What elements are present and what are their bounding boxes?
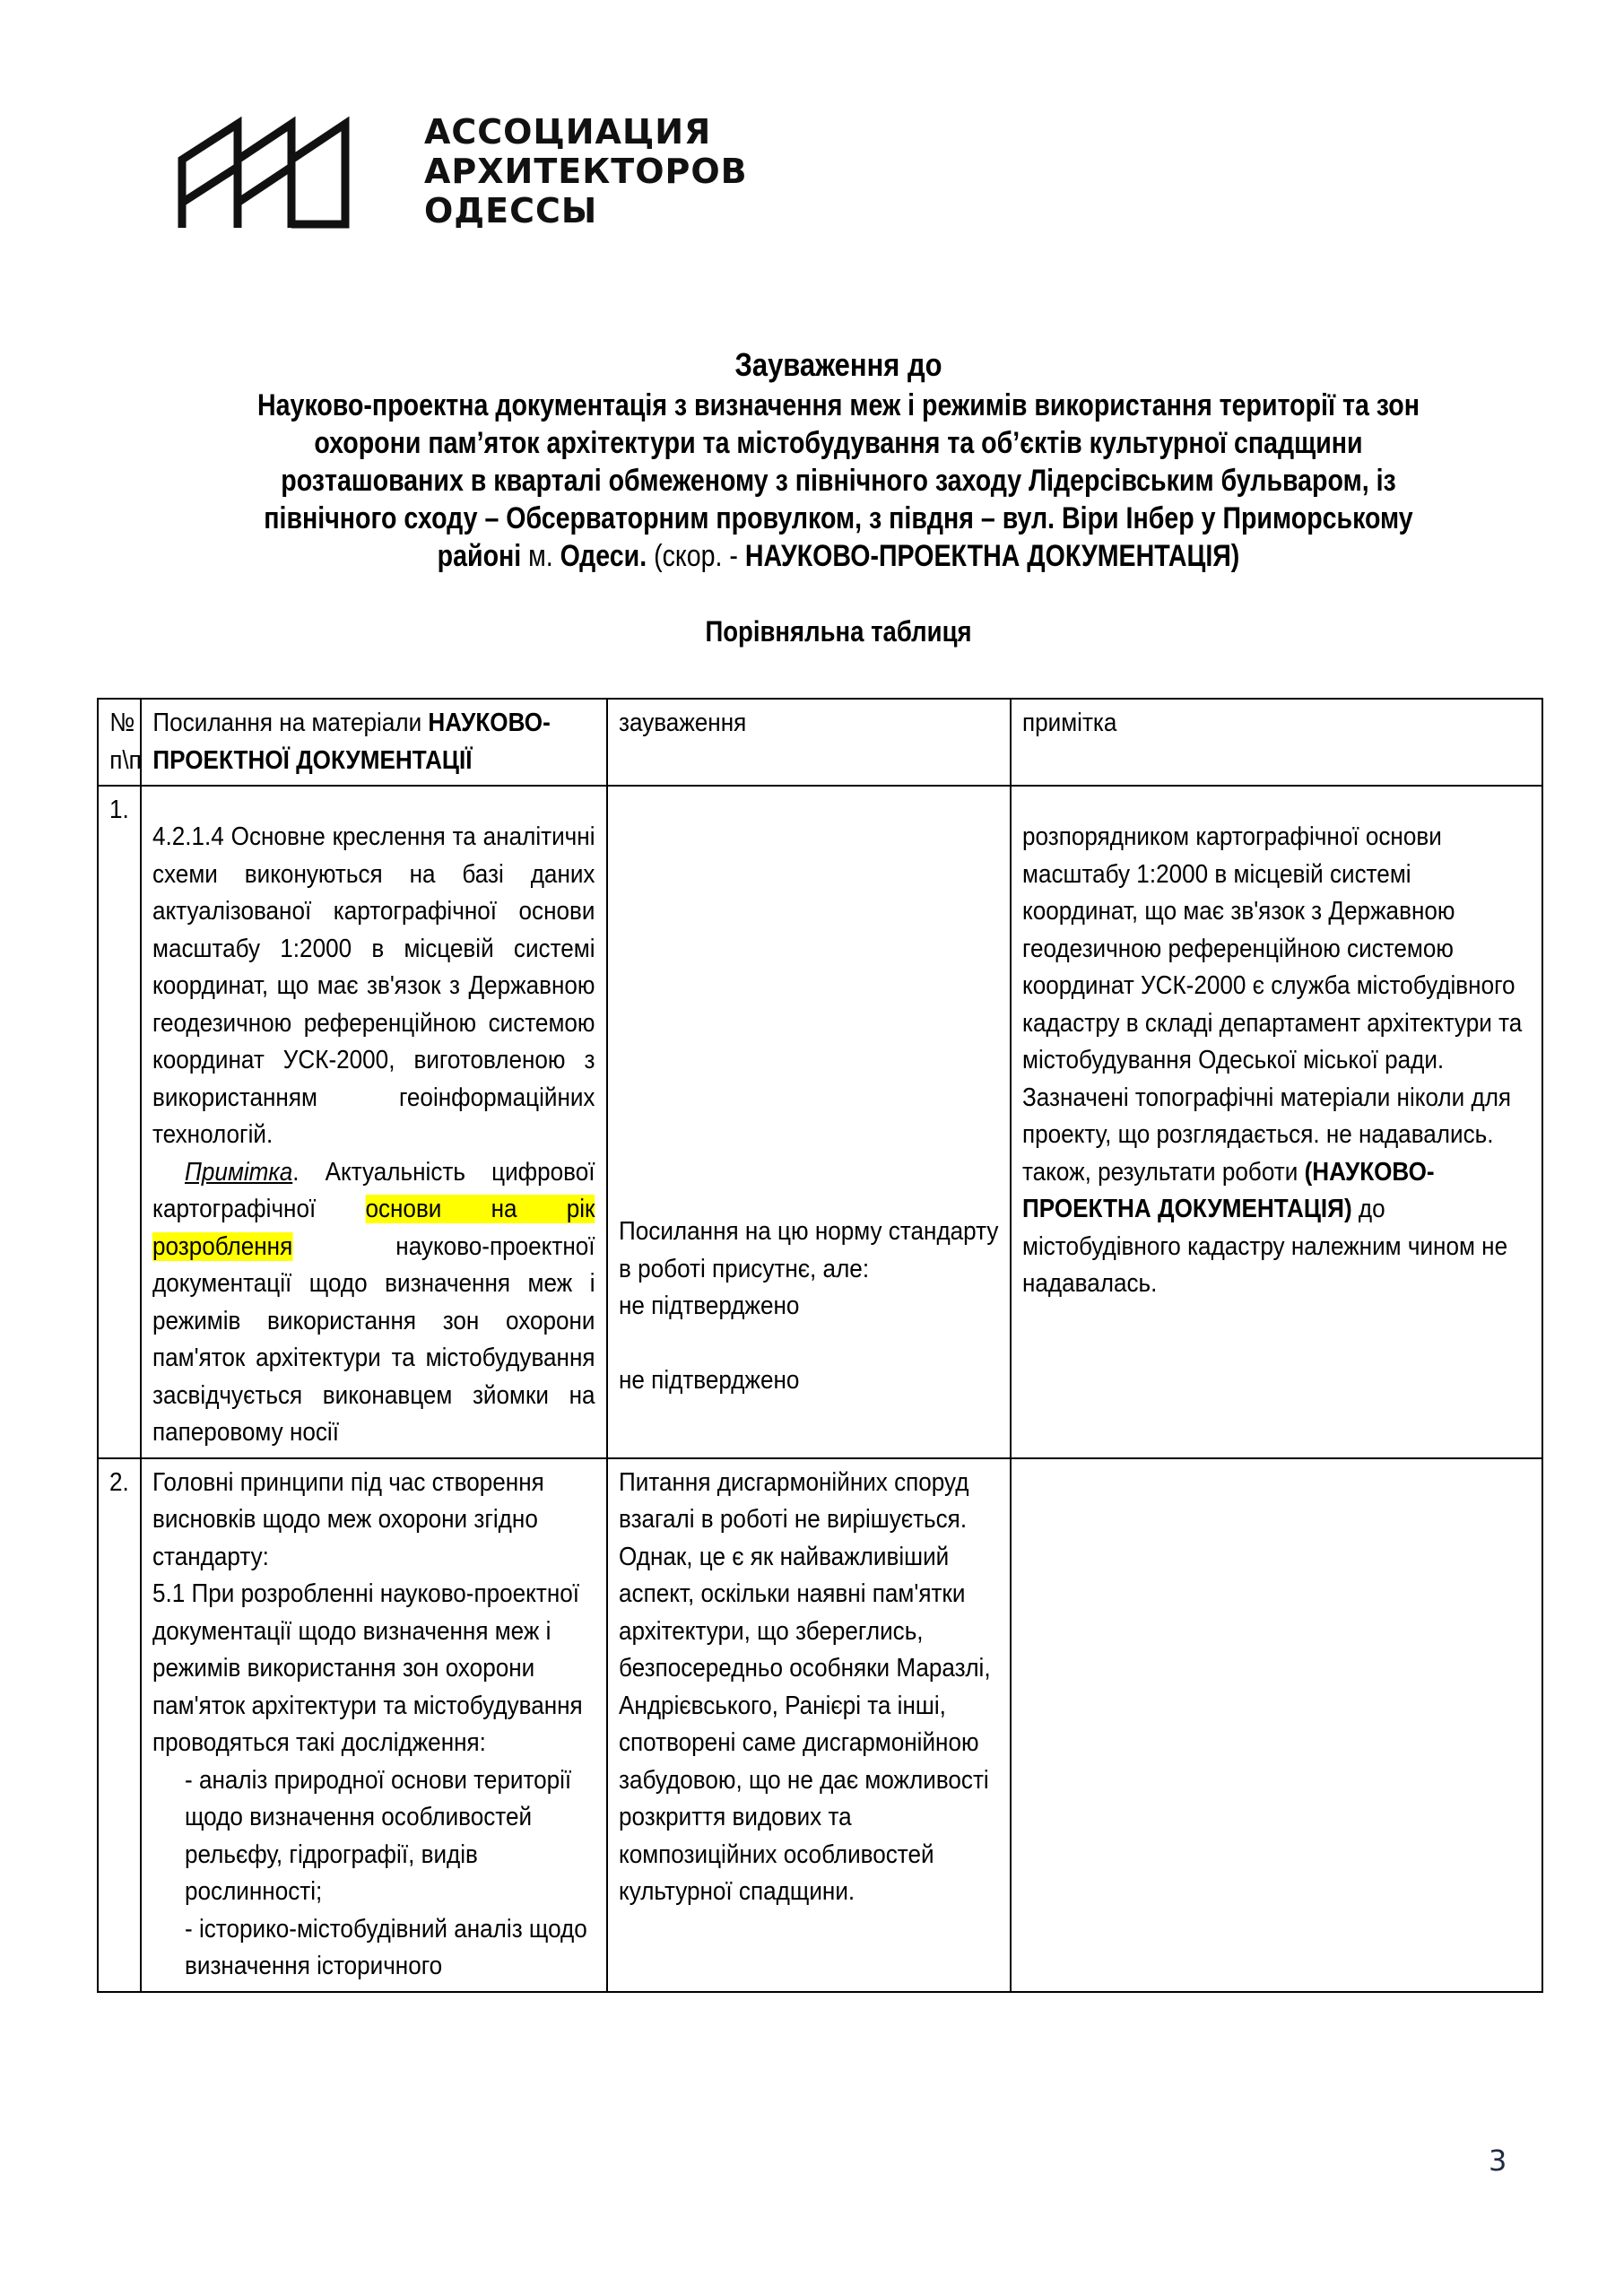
- association-architects-logo-icon: [175, 113, 399, 230]
- header-number: № п\п: [98, 699, 141, 786]
- header-reference: Посилання на матеріали НАУКОВО-ПРОЕКТНОЇ…: [141, 699, 607, 786]
- note-label: Примітка: [185, 1158, 292, 1187]
- header-remark: зауваження: [607, 699, 1011, 786]
- row-number: 2.: [98, 1458, 141, 1992]
- table-row: 1. 4.2.1.4 Основне креслення та аналітич…: [98, 786, 1542, 1458]
- table-header-row: № п\п Посилання на матеріали НАУКОВО-ПРО…: [98, 699, 1542, 786]
- row-reference: Головні принципи під час створення висно…: [141, 1458, 607, 1992]
- row-note: [1011, 1458, 1542, 1992]
- document-subtitle: Науково-проектна документація з визначен…: [248, 387, 1430, 575]
- comparison-table: № п\п Посилання на матеріали НАУКОВО-ПРО…: [97, 698, 1543, 1993]
- table-row: 2. Головні принципи під час створення ви…: [98, 1458, 1542, 1992]
- header-logo: АССОЦИАЦИЯ АРХИТЕКТОРОВ ОДЕССЫ: [175, 112, 748, 230]
- row-remark: Посилання на цю норму стандарту в роботі…: [607, 786, 1011, 1458]
- row-number: 1.: [98, 786, 141, 1458]
- table-caption: Порівняльна таблиця: [233, 615, 1444, 648]
- header-note: примітка: [1011, 699, 1542, 786]
- row-reference: 4.2.1.4 Основне креслення та аналітичні …: [141, 786, 607, 1458]
- document-title: Зауваження до: [233, 345, 1444, 385]
- page-number: 3: [1489, 2144, 1507, 2178]
- row-remark: Питання дисгармонійних споруд взагалі в …: [607, 1458, 1011, 1992]
- org-name: АССОЦИАЦИЯ АРХИТЕКТОРОВ ОДЕССЫ: [424, 112, 748, 230]
- row-note: розпорядником картографічної основи масш…: [1011, 786, 1542, 1458]
- document-title-block: Зауваження до Науково-проектна документа…: [135, 345, 1542, 575]
